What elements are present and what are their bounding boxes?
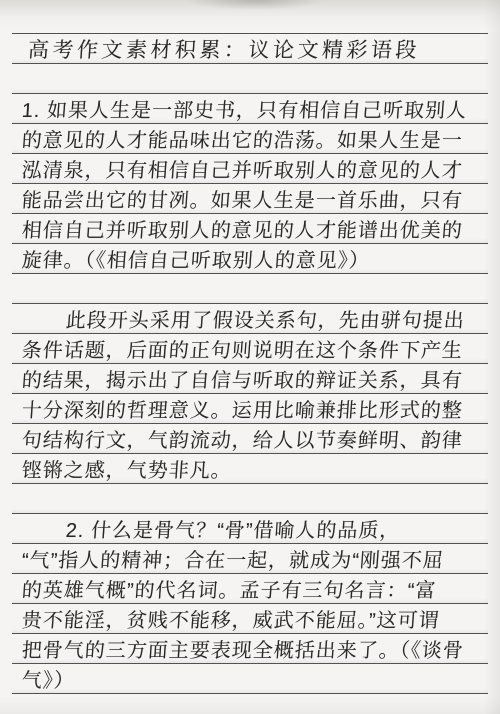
handwritten-text: 能品尝出它的甘冽。如果人生是一首乐曲，只有 <box>21 184 464 213</box>
text-row: 把骨气的三方面主要表现全概括出来了。（《谈骨 <box>12 634 488 664</box>
text-row: 此段开头采用了假设关系句，先由骈句提出 <box>12 304 488 334</box>
handwritten-text: 十分深刻的哲理意义。运用比喻兼排比形式的整 <box>21 394 464 423</box>
handwritten-text: 贵不能淫，贫贱不能移，威武不能屈。”这可谓 <box>21 604 441 633</box>
text-row: 十分深刻的哲理意义。运用比喻兼排比形式的整 <box>12 394 488 424</box>
text-row: 句结构行文，气韵流动，给人以节奏鲜明、韵律 <box>12 424 488 454</box>
text-row: “气”指人的精神；合在一起，就成为“刚强不屈 <box>12 544 488 574</box>
text-row: 泓清泉，只有相信自己并听取别人的意见的人才 <box>12 154 488 184</box>
handwritten-text: 2. 什么是骨气？“骨”借喻人的品质， <box>65 514 402 543</box>
handwritten-text: 把骨气的三方面主要表现全概括出来了。（《谈骨 <box>21 634 465 663</box>
text-row: 贵不能淫，贫贱不能移，威武不能屈。”这可谓 <box>12 604 488 634</box>
text-row: 的意见的人才能品味出它的浩荡。如果人生是一 <box>12 124 488 154</box>
text-row: 铿锵之感，气势非凡。 <box>12 454 488 484</box>
text-row: 旋律。（《相信自己听取别人的意见》） <box>12 244 488 274</box>
text-row: 1. 如果人生是一部史书，只有相信自己听取别人 <box>12 94 488 124</box>
text-row: 的英雄气概”的代名词。孟子有三句名言：“富 <box>12 574 488 604</box>
handwritten-text: 句结构行文，气韵流动，给人以节奏鲜明、韵律 <box>21 424 464 453</box>
text-row: 能品尝出它的甘冽。如果人生是一首乐曲，只有 <box>12 184 488 214</box>
text-row: 的结果，揭示出了自信与听取的辩证关系，具有 <box>12 364 488 394</box>
title-text: 高考作文素材积累：议论文精彩语段 <box>27 34 421 64</box>
text-row: 气》） <box>12 664 488 694</box>
text-row: 2. 什么是骨气？“骨”借喻人的品质， <box>12 514 488 544</box>
handwritten-text: 铿锵之感，气势非凡。 <box>21 454 233 483</box>
handwritten-text: 此段开头采用了假设关系句，先由骈句提出 <box>65 304 466 333</box>
blank-row <box>12 64 488 94</box>
handwritten-text: 的结果，揭示出了自信与听取的辩证关系，具有 <box>21 364 464 393</box>
handwritten-text: 条件话题，后面的正句则说明在这个条件下产生 <box>21 334 464 363</box>
text-row: 条件话题，后面的正句则说明在这个条件下产生 <box>12 334 488 364</box>
handwritten-text: 气》） <box>21 664 76 693</box>
handwritten-text: 的意见的人才能品味出它的浩荡。如果人生是一 <box>21 124 464 153</box>
handwritten-text: 的英雄气概”的代名词。孟子有三句名言：“富 <box>21 574 437 603</box>
ruled-text-area: 高考作文素材积累：议论文精彩语段 1. 如果人生是一部史书，只有相信自己听取别人… <box>12 33 488 694</box>
handwritten-text: 1. 如果人生是一部史书，只有相信自己听取别人 <box>21 94 468 123</box>
text-row: 相信自己并听取别人的意见的人才能谱出优美的 <box>12 214 488 244</box>
handwritten-text: 旋律。（《相信自己听取别人的意见》） <box>21 244 371 273</box>
blank-row <box>12 484 488 514</box>
handwritten-text: 泓清泉，只有相信自己并听取别人的意见的人才 <box>21 154 464 183</box>
page-title: 高考作文素材积累：议论文精彩语段 <box>12 34 488 64</box>
notebook-page: 高考作文素材积累：议论文精彩语段 1. 如果人生是一部史书，只有相信自己听取别人… <box>0 0 500 714</box>
handwritten-text: “气”指人的精神；合在一起，就成为“刚强不屈 <box>21 544 445 573</box>
handwritten-text: 相信自己并听取别人的意见的人才能谱出优美的 <box>21 214 464 243</box>
blank-row <box>12 274 488 304</box>
